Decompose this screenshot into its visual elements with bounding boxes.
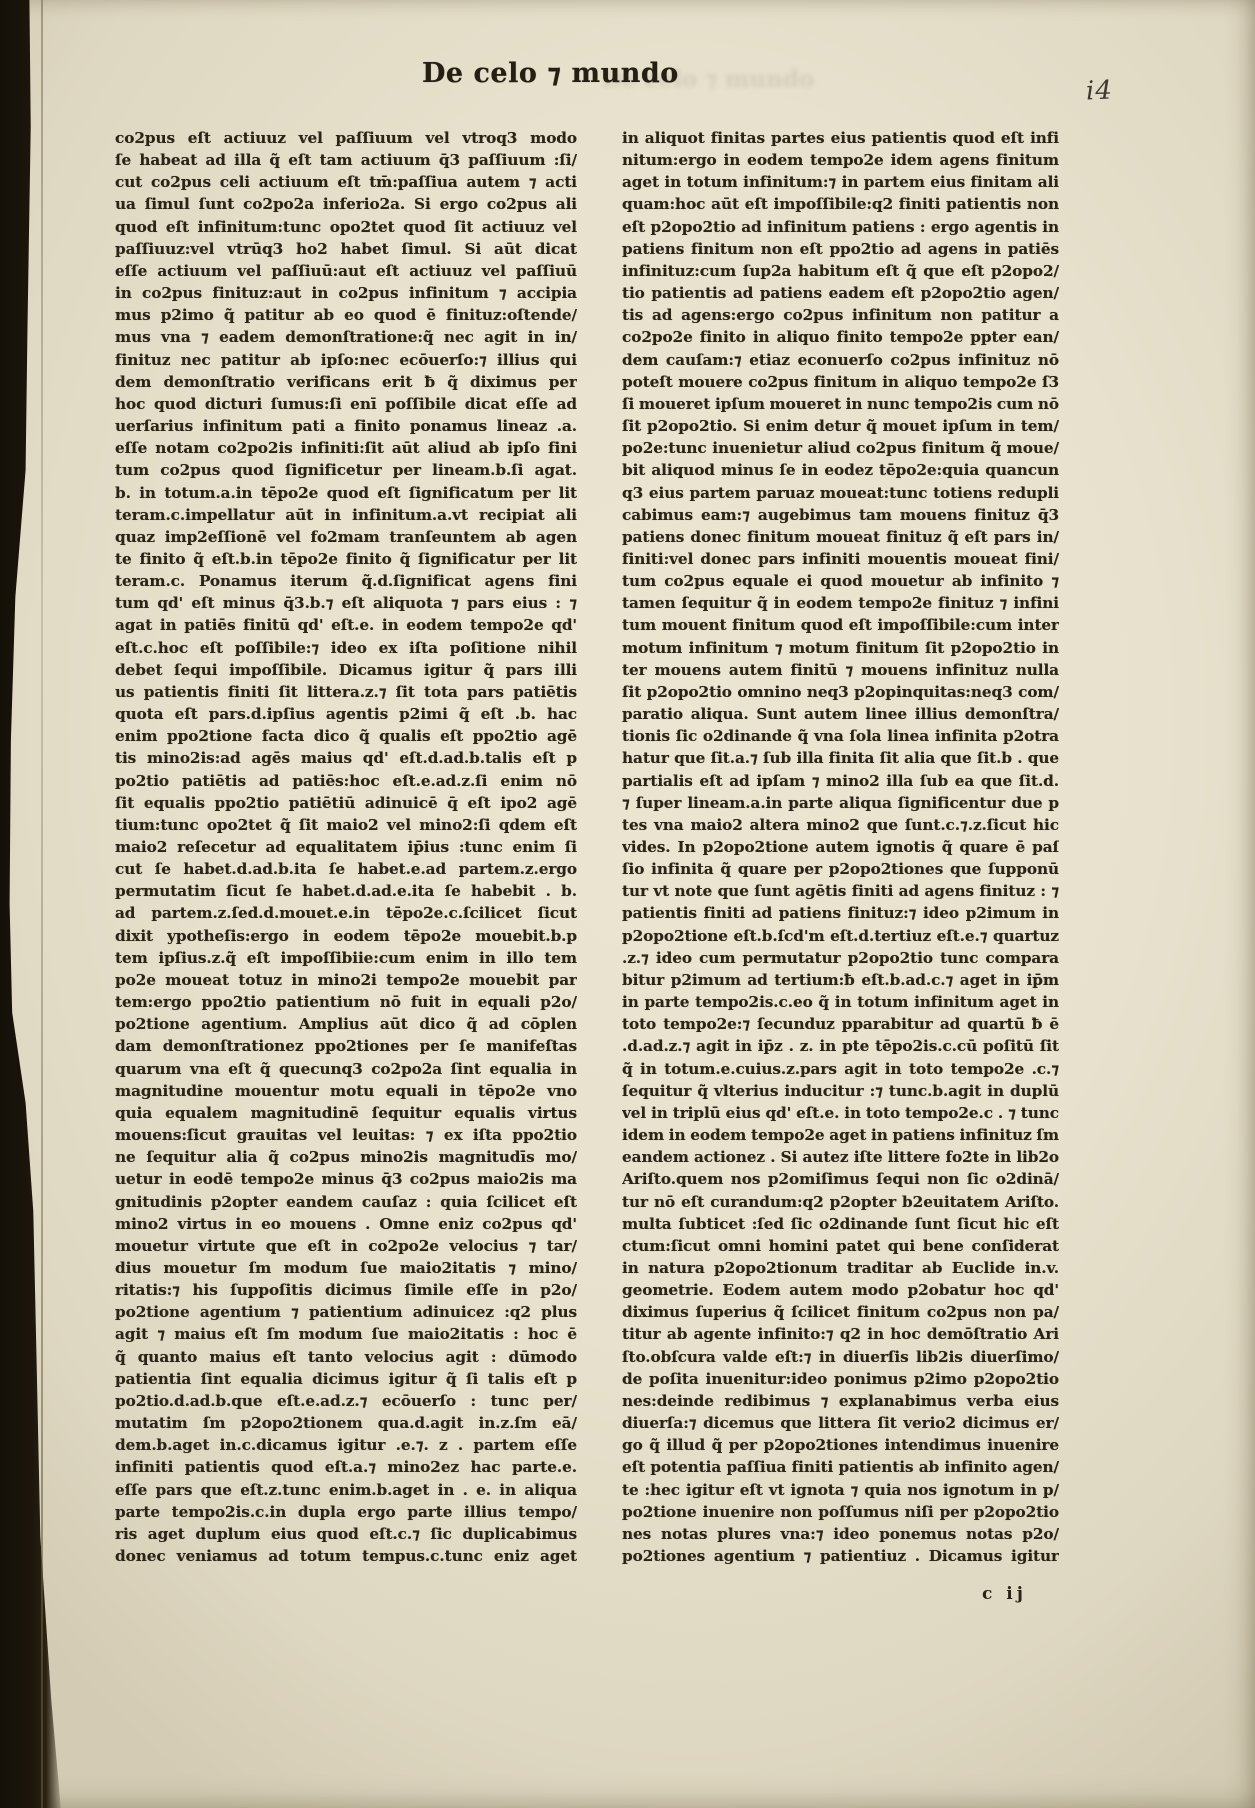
text-line: paratio aliqua. Sunt autem linee illius … — [622, 703, 1059, 725]
text-line: co2pus eſt actiuuz vel paſſiuum vel vtro… — [115, 127, 577, 149]
text-line: poteſt mouere co2pus finitum in aliquo t… — [622, 371, 1059, 393]
text-line: teram.c. Ponamus iterum q̃.d.ſignificat … — [115, 570, 577, 592]
text-line: patiens finitum non eſt ppo2tio ad agens… — [622, 238, 1059, 260]
text-line: po2tione agentium. Amplius aūt dico q̃ a… — [115, 1013, 577, 1035]
text-line: partialis eſt ad ipſam ⁊ mino2 illa ſub … — [622, 770, 1059, 792]
text-line: cut co2pus celi actiuum eſt tm̄:paſſiua … — [115, 171, 577, 193]
text-line: eſſe notam co2po2is infiniti:ſit aūt ali… — [115, 437, 577, 459]
text-line: hoc quod dicturi ſumus:ſi enī poſſibile … — [115, 393, 577, 415]
text-line: tis mino2is:ad agēs maius qd' eſt.d.ad.b… — [115, 747, 577, 769]
text-line: dem demonſtratio verificans erit ƀ q̃ di… — [115, 371, 577, 393]
text-line: magnitudine mouentur motu equali in tēpo… — [115, 1080, 577, 1102]
running-title: De celo ⁊ mundo — [422, 58, 679, 89]
text-line: patiens donec finitum moueat finituz q̃ … — [622, 526, 1059, 548]
text-line: tum co2pus quod ſignificetur per lineam.… — [115, 459, 577, 481]
text-line: te finito q̃ eſt.b.in tēpo2e finito q̃ ſ… — [115, 548, 577, 570]
text-line: dem.b.aget in.c.dicamus igitur .e.⁊. z .… — [115, 1434, 577, 1456]
text-line: cabimus eam:⁊ augebimus tam mouens finit… — [622, 504, 1059, 526]
text-line: eſt potentia paſſiua finiti patientis ab… — [622, 1456, 1059, 1478]
text-line: us patientis finiti ſit littera.z.⁊ ſit … — [115, 681, 577, 703]
text-line: p2opo2tione eſt.b.ſcd'm eſt.d.tertiuz eſ… — [622, 925, 1059, 947]
text-line: patientia ſint equalia dicimus igitur q̃… — [115, 1368, 577, 1390]
text-line: uetur in eodē tempo2e minus q̄3 co2pus m… — [115, 1168, 577, 1190]
text-line: .z.⁊ ideo cum permutatur p2opo2tio tunc … — [622, 947, 1059, 969]
text-line: eſſe pars que eſt.z.tunc enim.b.aget in … — [115, 1479, 577, 1501]
text-line: quarum vna eſt q̃ quecunq3 co2po2a ſint … — [115, 1058, 577, 1080]
signature-mark: c ij — [982, 1584, 1027, 1604]
text-line: donec veniamus ad totum tempus.c.tunc en… — [115, 1545, 577, 1567]
text-line: ſi moueret ipſum moueret in nunc tempo2i… — [622, 393, 1059, 415]
text-line: idem in eodem tempo2e aget in patiens in… — [622, 1124, 1059, 1146]
text-line: quota eſt pars.d.ipſius agentis p2imi q̃… — [115, 703, 577, 725]
text-line: mouetur virtute que eſt in co2po2e veloc… — [115, 1235, 577, 1257]
text-line: patientis finiti ad patiens finituz:⁊ id… — [622, 902, 1059, 924]
text-line: ⁊ ſuper lineam.a.in parte aliqua ſignifi… — [622, 792, 1059, 814]
text-line: debet ſequi impoſſibile. Dicamus igitur … — [115, 659, 577, 681]
text-line: b. in totum.a.in tēpo2e quod eſt ſignifi… — [115, 482, 577, 504]
text-line: agit ⁊ maius eſt ſm modum ſue maio2itati… — [115, 1323, 577, 1345]
text-line: mutatim ſm p2opo2tionem qua.d.agit in.z.… — [115, 1412, 577, 1434]
text-line: bitur p2imum ad tertium:ƀ eſt.b.ad.c.⁊ a… — [622, 969, 1059, 991]
folio-number: i4 — [1085, 76, 1113, 107]
text-line: eandem actionez . Si autez iſte littere … — [622, 1146, 1059, 1168]
text-line: dem cauſam:⁊ etiaz econuerſo co2pus infi… — [622, 349, 1059, 371]
text-line: maio2 reſecetur ad equalitatem ip̄ius :t… — [115, 836, 577, 858]
text-line: q3 eius partem paruaz moueat:tunc totien… — [622, 482, 1059, 504]
text-line: nes:deinde redibimus ⁊ explanabimus verb… — [622, 1390, 1059, 1412]
text-line: po2tiones agentium ⁊ patientiuz . Dicamu… — [622, 1545, 1059, 1567]
book-page-scan: De celo ⁊ mundo De celo ⁊ mundo i4 co2pu… — [0, 0, 1255, 1808]
text-line: po2tio.d.ad.b.que eſt.e.ad.z.⁊ ecōuerſo … — [115, 1390, 577, 1412]
text-line: dius mouetur ſm modum ſue maio2itatis ⁊ … — [115, 1257, 577, 1279]
text-line: paſſiuuz:vel vtrūq3 ho2 habet ſimul. Si … — [115, 238, 577, 260]
text-line: eſt p2opo2tio ad infinitum patiens : erg… — [622, 216, 1059, 238]
text-line: mus vna ⁊ eadem demonſtratione:q̃ nec ag… — [115, 326, 577, 348]
text-line: infinituz:cum ſup2a habitum eſt q̃ que e… — [622, 260, 1059, 282]
text-line: teram.c.impellatur aūt in infinitum.a.vt… — [115, 504, 577, 526]
text-line: toto tempo2e:⁊ ſecunduz pparabitur ad qu… — [622, 1013, 1059, 1035]
text-line: q̃ quanto maius eſt tanto velocius agit … — [115, 1346, 577, 1368]
text-line: aget in totum infinitum:⁊ in partem eius… — [622, 171, 1059, 193]
text-line: parte tempo2is.c.in dupla ergo parte ill… — [115, 1501, 577, 1523]
page-fold-line — [41, 0, 43, 1808]
text-line: co2po2e finito in aliquo finito tempo2e … — [622, 326, 1059, 348]
text-line: tio patientis ad patiens eadem eſt p2opo… — [622, 282, 1059, 304]
text-line: ſit p2opo2tio. Si enim detur q̃ mouet ip… — [622, 415, 1059, 437]
book-gutter-shadow — [0, 0, 64, 1808]
text-line: infiniti patientis quod eſt.a.⁊ mino2ez … — [115, 1456, 577, 1478]
text-line: in aliquot finitas partes eius patientis… — [622, 127, 1059, 149]
text-line: ter mouens autem finitū ⁊ mouens infinit… — [622, 659, 1059, 681]
text-line: diuerſa:⁊ dicemus que littera ſit verio2… — [622, 1412, 1059, 1434]
text-line: quaz imp2eſſionē vel fo2mam tranſeuntem … — [115, 526, 577, 548]
text-line: tes vna maio2 altera mino2 que ſunt.c.⁊.… — [622, 814, 1059, 836]
text-line: dam demonſtrationez ppo2tiones per ſe ma… — [115, 1035, 577, 1057]
text-line: nes notas plures vna:⁊ ideo ponemus nota… — [622, 1523, 1059, 1545]
text-line: mus p2imo q̃ patitur ab eo quod ē finitu… — [115, 304, 577, 326]
text-block: co2pus eſt actiuuz vel paſſiuum vel vtro… — [115, 127, 1059, 1567]
text-line: ne ſequitur alia q̃ co2pus mino2is magni… — [115, 1146, 577, 1168]
text-line: bit aliquod minus ſe in eodez tēpo2e:qui… — [622, 459, 1059, 481]
text-line: ſio infinita q̃ quare per p2opo2tiones q… — [622, 858, 1059, 880]
text-line: ctum:ſicut omni homini patet qui bene co… — [622, 1235, 1059, 1257]
text-line: mouens:ſicut grauitas vel leuitas: ⁊ ex … — [115, 1124, 577, 1146]
text-line: Ariſto.quem nos p2omiſimus ſequi non ſic… — [622, 1168, 1059, 1190]
text-line: mino2 virtus in eo mouens . Omne eniz co… — [115, 1213, 577, 1235]
text-line: quia equalem magnitudinē ſequitur equali… — [115, 1102, 577, 1124]
text-line: tur vt note que ſunt agētis finiti ad ag… — [622, 880, 1059, 902]
text-line: ſe habeat ad illa q̃ eſt tam actiuum q̄3… — [115, 149, 577, 171]
text-line: .d.ad.z.⁊ agit in ip̄z . z. in pte tēpo2… — [622, 1035, 1059, 1057]
text-line: eſt.c.hoc eſt poſſibile:⁊ ideo ex iſta p… — [115, 637, 577, 659]
text-line: quam:hoc aūt eſt impoſſibile:q2 finiti p… — [622, 193, 1059, 215]
text-line: ris aget duplum eius quod eſt.c.⁊ ſic du… — [115, 1523, 577, 1545]
text-line: de poſita inuenitur:ideo ponimus p2imo p… — [622, 1368, 1059, 1390]
text-line: uerſarius infinitum pati a finito ponamu… — [115, 415, 577, 437]
text-line: ſequitur q̃ vlterius inducitur :⁊ tunc.b… — [622, 1080, 1059, 1102]
text-column-left: co2pus eſt actiuuz vel paſſiuum vel vtro… — [115, 127, 577, 1567]
text-line: ua ſimul ſunt co2po2a inferio2a. Si ergo… — [115, 193, 577, 215]
text-line: finiti:vel donec pars infiniti mouentis … — [622, 548, 1059, 570]
text-line: enim ppo2tione facta dico q̃ qualis eſt … — [115, 725, 577, 747]
text-line: po2e:tunc inuenietur aliud co2pus finitu… — [622, 437, 1059, 459]
text-line: tum mouent finitum quod eſt impoſſibile:… — [622, 614, 1059, 636]
text-line: tem ipſius.z.q̃ eſt impoſſibiie:cum enim… — [115, 947, 577, 969]
text-line: nitum:ergo in eodem tempo2e idem agens f… — [622, 149, 1059, 171]
text-line: geometrie. Eodem autem modo p2obatur hoc… — [622, 1279, 1059, 1301]
text-line: vel in triplū eius qd' eſt.e. in toto te… — [622, 1102, 1059, 1124]
text-line: motum infinitum ⁊ motum finitum ſit p2op… — [622, 637, 1059, 659]
text-line: diximus ſuperius q̃ ſcilicet finitum co2… — [622, 1301, 1059, 1323]
text-line: vides. In p2opo2tione autem ignotis q̃ q… — [622, 836, 1059, 858]
text-line: finituz nec patitur ab ipſo:nec ecōuerſo… — [115, 349, 577, 371]
text-column-right: in aliquot finitas partes eius patientis… — [622, 127, 1059, 1567]
text-line: hatur que ſit.a.⁊ ſub illa finita ſit al… — [622, 747, 1059, 769]
text-line: titur ab agente infinito:⁊ q2 in hoc dem… — [622, 1323, 1059, 1345]
text-line: in co2pus finituz:aut in co2pus infinitu… — [115, 282, 577, 304]
text-line: po2tione agentium ⁊ patientium adinuicez… — [115, 1301, 577, 1323]
text-line: tem:ergo ppo2tio patientium nō fuit in e… — [115, 991, 577, 1013]
text-line: quod eſt infinitum:tunc opo2tet quod ſit… — [115, 216, 577, 238]
text-line: ſto.obſcura valde eſt:⁊ in diuerſis lib2… — [622, 1346, 1059, 1368]
text-line: in parte tempo2is.c.eo q̃ in totum infin… — [622, 991, 1059, 1013]
text-line: cut ſe habet.d.ad.b.ita ſe habet.e.ad pa… — [115, 858, 577, 880]
text-line: q̃ in totum.e.cuius.z.pars agit in toto … — [622, 1058, 1059, 1080]
text-line: permutatim ſicut ſe habet.d.ad.e.ita ſe … — [115, 880, 577, 902]
text-line: tum qd' eſt minus q̄3.b.⁊ eſt aliquota ⁊… — [115, 592, 577, 614]
text-line: eſſe actiuum vel paſſiuū:aut eſt actiuuz… — [115, 260, 577, 282]
text-line: po2e moueat totuz in mino2i tempo2e moue… — [115, 969, 577, 991]
text-line: tur nō eſt curandum:q2 p2opter b2euitate… — [622, 1191, 1059, 1213]
text-line: te :hec igitur eſt vt ignota ⁊ quia nos … — [622, 1479, 1059, 1501]
text-line: ſit equalis ppo2tio patiētiū adinuicē q̄… — [115, 792, 577, 814]
text-line: tum co2pus equale ei quod mouetur ab inf… — [622, 570, 1059, 592]
text-line: gnitudinis p2opter eandem cauſaz : quia … — [115, 1191, 577, 1213]
text-line: tis ad agens:ergo co2pus infinitum non p… — [622, 304, 1059, 326]
text-line: po2tione inuenire non poſſumus niſi per … — [622, 1501, 1059, 1523]
text-line: agat in patiēs finitū qd' eſt.e. in eode… — [115, 614, 577, 636]
text-line: ad partem.z.ſed.d.mouet.e.in tēpo2e.c.ſc… — [115, 902, 577, 924]
text-line: ſit p2opo2tio omnino neq3 p2opinquitas:n… — [622, 681, 1059, 703]
text-line: ritatis:⁊ his ſuppoſitis dicimus ſimile … — [115, 1279, 577, 1301]
text-line: tionis ſic o2dinande q̃ vna ſola linea i… — [622, 725, 1059, 747]
text-line: tamen ſequitur q̃ in eodem tempo2e finit… — [622, 592, 1059, 614]
text-line: go q̃ illud q̃ per p2opo2tiones intendim… — [622, 1434, 1059, 1456]
text-line: po2tio patiētis ad patiēs:hoc eſt.e.ad.z… — [115, 770, 577, 792]
text-line: in natura p2opo2tionum traditar ab Eucli… — [622, 1257, 1059, 1279]
text-line: tium:tunc opo2tet q̃ ſit maio2 vel mino2… — [115, 814, 577, 836]
text-line: multa ſubticet :ſed ſic o2dinande ſunt ſ… — [622, 1213, 1059, 1235]
text-line: dixit ypotheſis:ergo in eodem tēpo2e mou… — [115, 925, 577, 947]
